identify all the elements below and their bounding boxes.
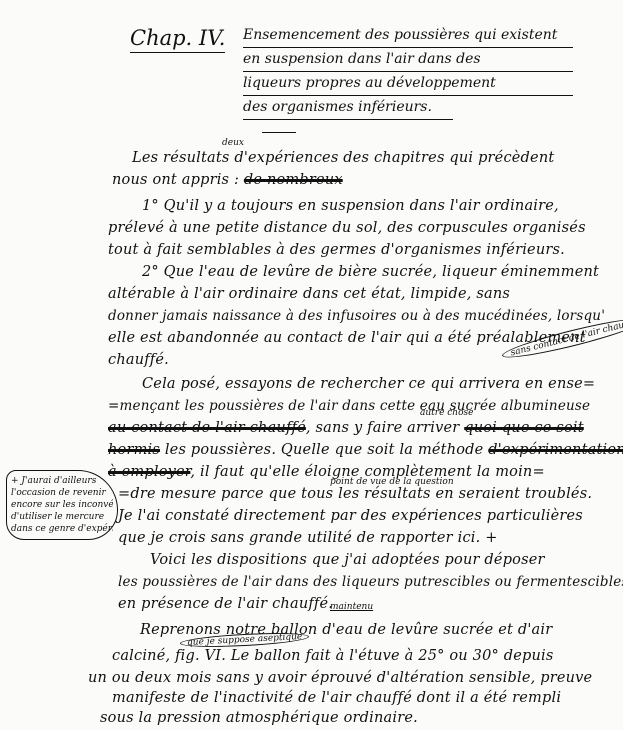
body-line: 2° Que l'eau de levûre de bière sucrée, … bbox=[142, 262, 599, 282]
section-divider bbox=[262, 132, 296, 133]
struck-text: quoi que ce soit bbox=[464, 420, 584, 436]
body-line: hormis les poussières. Quelle que soit l… bbox=[108, 440, 623, 460]
insertion-deux: deux bbox=[222, 138, 244, 148]
chapter-heading: Chap. IV. bbox=[130, 26, 225, 53]
body-line: altérable à l'air ordinaire dans cet éta… bbox=[108, 284, 510, 304]
body-line: 1° Qu'il y a toujours en suspension dans… bbox=[142, 196, 559, 216]
body-line: Voici les dispositions que j'ai adoptées… bbox=[150, 550, 545, 570]
insertion-maintenu: maintenu bbox=[330, 602, 373, 612]
body-line: tout à fait semblables à des germes d'or… bbox=[108, 240, 565, 260]
body-line: les poussières de l'air dans des liqueur… bbox=[118, 572, 623, 592]
body-line: en présence de l'air chauffé. bbox=[118, 594, 333, 614]
body-line: manifeste de l'inactivité de l'air chauf… bbox=[112, 688, 561, 708]
title-line-1: Ensemencement des poussières qui existen… bbox=[243, 24, 573, 48]
title-line-2: en suspension dans l'air dans des bbox=[243, 48, 573, 72]
struck-text: hormis bbox=[108, 442, 160, 458]
body-line: elle est abandonnée au contact de l'air … bbox=[108, 328, 586, 348]
body-line: =mençant les poussières de l'air dans ce… bbox=[108, 396, 590, 416]
struck-text: d'expérimentation bbox=[488, 442, 623, 458]
body-line: Les résultats d'expériences des chapitre… bbox=[132, 148, 554, 168]
body-line: Je l'ai constaté directement par des exp… bbox=[118, 506, 583, 526]
body-line: chauffé. bbox=[108, 350, 169, 370]
body-line: Cela posé, essayons de rechercher ce qui… bbox=[142, 374, 595, 394]
body-line: nous ont appris : de nombreux bbox=[112, 170, 343, 190]
body-line: à employer, il faut qu'elle éloigne comp… bbox=[108, 462, 545, 482]
body-line: prélevé à une petite distance du sol, de… bbox=[108, 218, 586, 238]
title-line-3: liqueurs propres au développement bbox=[243, 72, 573, 96]
body-line: calciné, fig. VI. Le ballon fait à l'étu… bbox=[112, 646, 554, 666]
insertion-autre-chose: autre chose bbox=[420, 408, 473, 418]
body-line: un ou deux mois sans y avoir éprouvé d'a… bbox=[88, 668, 592, 688]
struck-text: de nombreux bbox=[244, 172, 343, 188]
body-line: sous la pression atmosphérique ordinaire… bbox=[100, 708, 418, 728]
struck-text: à employer bbox=[108, 464, 190, 480]
body-line: donner jamais naissance à des infusoires… bbox=[108, 306, 605, 326]
body-line: =dre mesure parce que tous les résultats… bbox=[118, 484, 592, 504]
title-line-4: des organismes inférieurs. bbox=[243, 96, 453, 120]
margin-note: + J'aurai d'ailleurs l'occasion de reven… bbox=[6, 470, 118, 540]
body-line: que je crois sans grande utilité de rapp… bbox=[118, 528, 498, 548]
struck-text: au contact de l'air chauffé bbox=[108, 420, 306, 436]
manuscript-page: Chap. IV. Ensemencement des poussières q… bbox=[0, 0, 623, 730]
body-line: au contact de l'air chauffé, sans y fair… bbox=[108, 418, 584, 438]
